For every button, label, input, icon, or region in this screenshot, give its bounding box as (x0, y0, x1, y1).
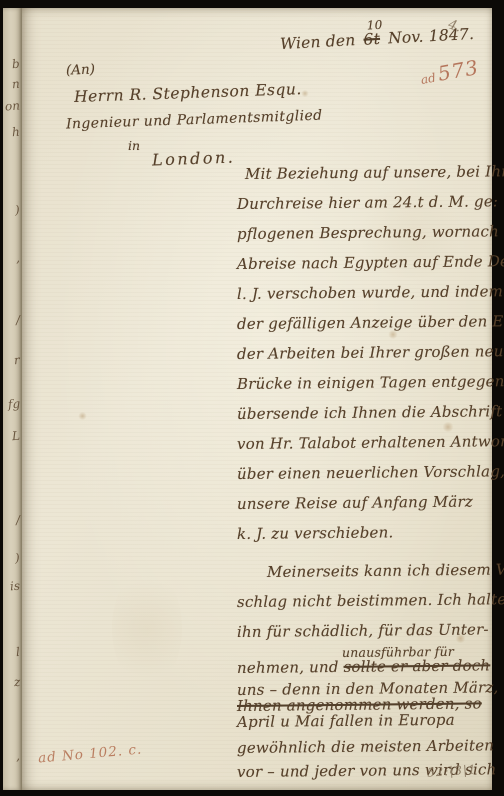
archive-shelfmark-pencil: 52:|3|1 (427, 763, 477, 778)
body-line: Brücke in einigen Tagen entgegen sehe, (237, 373, 504, 394)
facing-page-edge-strip: b n on h ) , / r fg L / ) is l z , (3, 8, 22, 790)
margin-text-fragment: ) (15, 204, 21, 216)
body-line: von Hr. Talabot erhaltenen Antwort (237, 433, 504, 453)
archive-number-prefix: ad (420, 71, 437, 87)
margin-text-fragment: on (5, 99, 21, 112)
letter-scan: b n on h ) , / r fg L / ) is l z , 4. Wi… (0, 0, 504, 796)
margin-text-fragment: h (12, 126, 21, 139)
body-line: unsere Reise auf Anfang März (237, 494, 473, 514)
body-line: k. J. zu verschieben. (237, 524, 394, 543)
margin-text-fragment: , (16, 252, 21, 264)
margin-text-fragment: , (16, 750, 21, 762)
recipient-in: in (128, 138, 140, 153)
body-line: ihn für schädlich, für das Unter- (237, 621, 489, 641)
dateline-day-struck: 106t (363, 30, 380, 49)
body-line: der Arbeiten bei Ihrer großen neuen (237, 343, 504, 363)
margin-text-fragment: n (12, 78, 21, 91)
margin-text-fragment: l (16, 646, 21, 658)
body-line: Abreise nach Egypten auf Ende Dez. (237, 253, 504, 273)
body-line: der gefälligen Anzeige über den Erfolg (237, 313, 504, 333)
body-line: schlag nicht beistimmen. Ich halte (237, 591, 504, 611)
margin-text-fragment: ) (15, 552, 21, 564)
letter-page: 4. Wien den 106t Nov. 1847. ad573 (An) H… (22, 8, 492, 790)
recipient-city: London. (152, 148, 236, 170)
margin-text-fragment: L (12, 430, 21, 443)
struck-text: sollte er aber doch (343, 656, 490, 676)
foxing-spot (442, 422, 454, 432)
paper-smudge (112, 568, 182, 688)
body-line: Mit Beziehung auf unsere, bei Ihrer (245, 163, 504, 183)
body-line: Durchreise hier am 24.t d. M. ge: (237, 193, 498, 213)
body-line: Meinerseits kann ich diesem Vor- (267, 561, 504, 581)
foxing-spot (78, 412, 87, 420)
dateline-day-original: 6t (363, 30, 380, 49)
margin-text-fragment: fg (7, 398, 20, 411)
body-line: übersende ich Ihnen die Abschrift einer (237, 403, 504, 424)
body-line: April u Mai fallen in Europa (237, 712, 455, 732)
body-line-with-correction: nehmen, und sollte er aber doch (237, 657, 490, 677)
body-line: pflogenen Besprechung, wornach unsere (237, 223, 504, 244)
margin-text-fragment: is (10, 580, 21, 593)
margin-text-fragment: / (16, 314, 21, 326)
margin-text-fragment: z (13, 676, 20, 688)
margin-text-fragment: / (16, 514, 21, 526)
body-line: l. J. verschoben wurde, und indem ich (237, 283, 504, 303)
body-line: über einen neuerlichen Vorschlag, (237, 463, 504, 483)
dateline-day-inserted: 10 (366, 18, 382, 33)
body-line-normal-part: nehmen, und (237, 658, 344, 677)
margin-text-fragment: b (12, 58, 21, 71)
margin-text-fragment: r (14, 354, 21, 366)
body-line: gewöhnlich die meisten Arbeiten (237, 737, 494, 757)
recipient-salutation: (An) (66, 61, 96, 78)
